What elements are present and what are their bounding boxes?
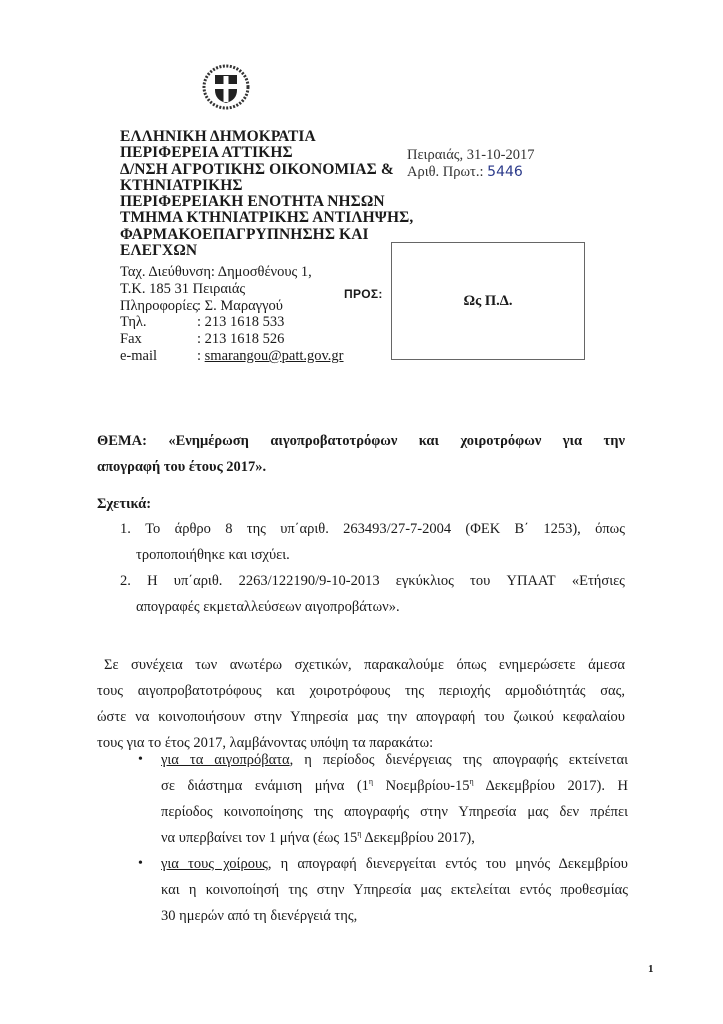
contact-row-info: Πληροφορίες : Σ. Μαραγγού [120, 298, 344, 315]
contact-value: : Σ. Μαραγγού [197, 298, 283, 315]
word: Το [145, 516, 160, 542]
word: «Ετήσιες [572, 568, 625, 594]
bullet-text: Δεκεμβρίου 2017). Η [474, 778, 628, 794]
subject-word: ΘΕΜΑ: [97, 428, 147, 454]
bullet-text: να υπερβαίνει τον 1 μήνα (έως 15 [161, 830, 357, 846]
bullet-heading: για τα αιγοπρόβατα [161, 752, 290, 768]
contact-label: Fax [120, 331, 197, 348]
subject-line-2: απογραφή του έτους 2017». [97, 454, 625, 480]
bullet-list: • για τα αιγοπρόβατα, η περίοδος διενέργ… [138, 747, 628, 929]
subject-word: χοιροτρόφων [460, 428, 541, 454]
bullet-text: περίοδος κοινοποίησης της απογραφής στην… [161, 799, 628, 825]
place-date: Πειραιάς, 31-10-2017 [407, 147, 534, 164]
recipient-label: ΠΡΟΣ: [344, 287, 383, 301]
word: άρθρο [175, 516, 211, 542]
subject-word: για [563, 428, 582, 454]
word: Η [147, 568, 157, 594]
bullet-text: σε διάστημα ενάμιση μήνα (1 [161, 778, 369, 794]
recipient-box: Ως Π.Δ. [391, 242, 585, 360]
word: 1253), [543, 516, 580, 542]
bullet-icon: • [138, 851, 143, 877]
related-number: 2. [120, 568, 131, 594]
bullet-icon: • [138, 747, 143, 773]
org-line: ΕΛΕΓΧΩΝ [120, 243, 420, 259]
bullet-text: 30 ημερών από τη διενέργειά της, [161, 903, 628, 929]
protocol-number: 5446 [487, 164, 523, 180]
subject-word: «Ενημέρωση [168, 428, 249, 454]
related-item: 1. Το άρθρο 8 της υπ΄αριθ. 263493/27-7-2… [120, 516, 625, 568]
bullet-text: η απογραφή διενεργείται εντός του μηνός … [272, 856, 628, 872]
related-title: Σχετικά: [97, 496, 151, 513]
word: ΥΠΑΑΤ [507, 568, 556, 594]
org-line: ΚΤΗΝΙΑΤΡΙΚΗΣ [120, 178, 420, 194]
recipient-value: Ως Π.Δ. [464, 293, 513, 310]
email-link[interactable]: smarangou@patt.gov.gr [205, 348, 344, 364]
greek-coat-of-arms-icon [200, 62, 252, 112]
org-line: ΠΕΡΙΦΕΡΕΙΑ ΑΤΤΙΚΗΣ [120, 145, 420, 161]
word: εγκύκλιος [396, 568, 454, 594]
contact-value: : 213 1618 533 [197, 314, 284, 331]
org-line: ΦΑΡΜΑΚΟΕΠΑΓΡΥΠΝΗΣΗΣ ΚΑΙ [120, 227, 420, 243]
bullet-item-goats-sheep: • για τα αιγοπρόβατα, η περίοδος διενέργ… [138, 747, 628, 851]
word: υπ΄αριθ. [280, 516, 329, 542]
bullet-text: και η κοινοποίησή της στην Υπηρεσία μας … [161, 877, 628, 903]
date-protocol-block: Πειραιάς, 31-10-2017 Αριθ. Πρωτ.: 5446 [407, 147, 534, 181]
bullet-text: Νοεμβρίου-15 [373, 778, 469, 794]
org-line: ΠΕΡΙΦΕΡΕΙΑΚΗ ΕΝΟΤΗΤΑ ΝΗΣΩΝ [120, 194, 420, 210]
word: όπως [595, 516, 625, 542]
bullet-item-pigs: • για τους χοίρους, η απογραφή διενεργεί… [138, 851, 628, 929]
word: 8 [225, 516, 232, 542]
word: 2263/122190/9-10-2013 [239, 568, 380, 594]
subject-word: την [604, 428, 625, 454]
postal-code-city: Τ.Κ. 185 31 Πειραιάς [120, 281, 344, 298]
body-line: ώστε να κοινοποιήσουν στην Υπηρεσία μας … [97, 704, 625, 730]
contact-block: Ταχ. Διεύθυνση: Δημοσθένους 1, Τ.Κ. 185 … [120, 264, 344, 365]
issuing-authority: ΕΛΛΗΝΙΚΗ ΔΗΜΟΚΡΑΤΙΑ ΠΕΡΙΦΕΡΕΙΑ ΑΤΤΙΚΗΣ Δ… [120, 129, 420, 259]
org-line: ΤΜΗΜΑ ΚΤΗΝΙΑΤΡΙΚΗΣ ΑΝΤΙΛΗΨΗΣ, [120, 210, 420, 226]
org-line: ΕΛΛΗΝΙΚΗ ΔΗΜΟΚΡΑΤΙΑ [120, 129, 420, 145]
contact-value: : 213 1618 526 [197, 331, 284, 348]
word: υπ΄αριθ. [174, 568, 223, 594]
related-number: 1. [120, 516, 131, 542]
related-list: 1. Το άρθρο 8 της υπ΄αριθ. 263493/27-7-2… [120, 516, 625, 620]
bullet-text: Δεκεμβρίου 2017), [361, 830, 474, 846]
related-item: 2. Η υπ΄αριθ. 2263/122190/9-10-2013 εγκύ… [120, 568, 625, 620]
body-line: Σε συνέχεια των ανωτέρω σχετικών, παρακα… [97, 652, 625, 678]
protocol-label: Αριθ. Πρωτ.: [407, 164, 484, 180]
bullet-text: , η περίοδος διενέργειας της απογραφής ε… [290, 752, 628, 768]
bullet-heading: για τους χοίρους, [161, 856, 272, 872]
word: Β΄ [515, 516, 530, 542]
body-line: τους αιγοπροβατοτρόφους και χοιροτρόφους… [97, 678, 625, 704]
contact-label: Πληροφορίες [120, 298, 197, 315]
contact-label: e-mail [120, 348, 197, 365]
contact-label: Τηλ. [120, 314, 197, 331]
contact-row-phone: Τηλ. : 213 1618 533 [120, 314, 344, 331]
body-paragraph: Σε συνέχεια των ανωτέρω σχετικών, παρακα… [97, 652, 625, 756]
subject: ΘΕΜΑ: «Ενημέρωση αιγοπροβατοτρόφων και χ… [97, 428, 625, 480]
page-number: 1 [648, 963, 654, 975]
subject-word: και [419, 428, 439, 454]
postal-address: Ταχ. Διεύθυνση: Δημοσθένους 1, [120, 264, 344, 281]
org-line: Δ/ΝΣΗ ΑΓΡΟΤΙΚΗΣ ΟΙΚΟΝΟΜΙΑΣ & [120, 162, 420, 178]
word: του [470, 568, 490, 594]
email-prefix: : [197, 348, 205, 364]
word: 263493/27-7-2004 [343, 516, 451, 542]
word: (ΦΕΚ [465, 516, 500, 542]
contact-row-fax: Fax : 213 1618 526 [120, 331, 344, 348]
related-line-2: απογραφές εκμεταλλεύσεων αιγοπροβάτων». [120, 594, 625, 620]
subject-word: αιγοπροβατοτρόφων [270, 428, 397, 454]
related-line-2: τροποποιήθηκε και ισχύει. [120, 542, 625, 568]
contact-row-email: e-mail : smarangou@patt.gov.gr [120, 348, 344, 365]
word: της [247, 516, 266, 542]
